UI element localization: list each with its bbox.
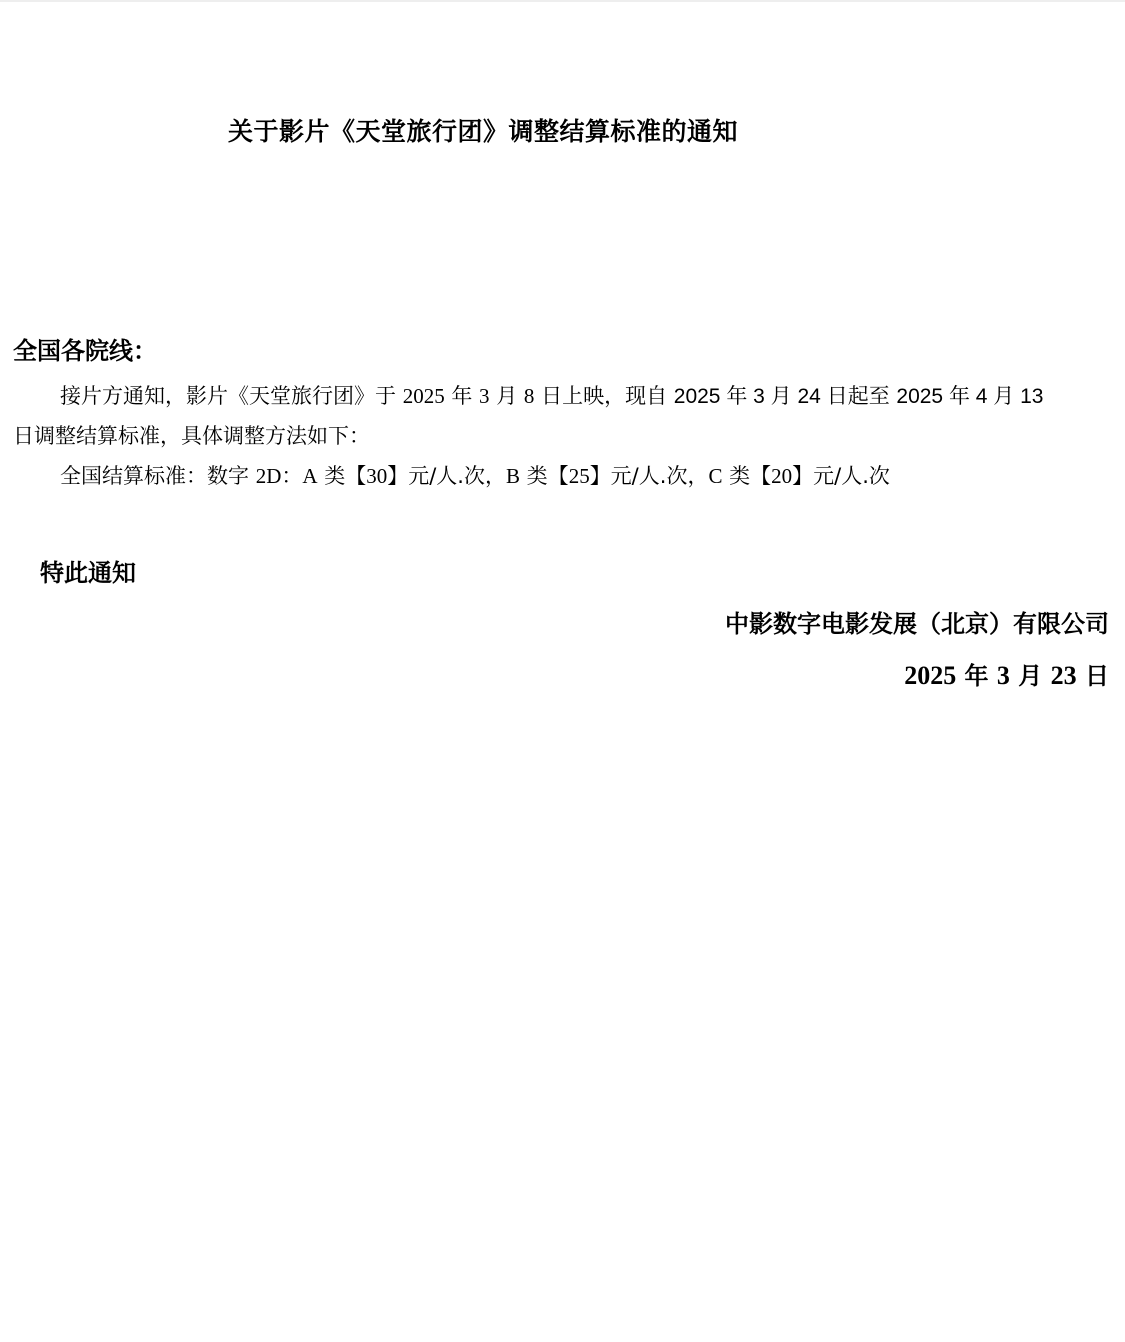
class-text: 类【 <box>722 464 771 488</box>
class-c-label: C <box>708 464 722 488</box>
salutation: 全国各院线： <box>13 334 157 368</box>
issue-month: 3 <box>997 661 1010 690</box>
paragraph-release-info-continued: 日调整结算标准，具体调整方法如下： <box>13 421 370 451</box>
date-text: 月 <box>1010 662 1051 690</box>
paragraph-text: 日上映，现自 <box>534 384 673 408</box>
date-text: 年 <box>956 662 997 690</box>
paragraph-text: 年 <box>445 384 479 408</box>
release-day: 8 <box>524 384 535 408</box>
issue-day: 23 <box>1051 661 1077 690</box>
page-top-border <box>0 0 1125 2</box>
adjustment-end-date: 2025 年 4 月 13 <box>896 385 1043 408</box>
colon: ： <box>281 464 302 488</box>
paragraph-release-info: 接片方通知，影片《天堂旅行团》于 2025 年 3 月 8 日上映，现自 202… <box>60 381 1043 412</box>
issuer-signature: 中影数字电影发展（北京）有限公司 <box>725 606 1109 642</box>
class-a-label: A <box>302 464 317 488</box>
date-text: 日 <box>1077 662 1109 690</box>
release-year: 2025 <box>403 384 445 408</box>
issue-date: 2025 年 3 月 23 日 <box>904 658 1109 694</box>
class-text: 类【 <box>520 464 569 488</box>
settlement-label: 全国结算标准：数字 <box>60 464 256 488</box>
price-unit: 】元/人.次， <box>590 464 709 488</box>
class-c-price: 20 <box>771 464 792 488</box>
paragraph-text: 月 <box>490 384 524 408</box>
price-unit: 】元/人.次， <box>387 464 506 488</box>
class-b-label: B <box>506 464 520 488</box>
paragraph-text: 接片方通知，影片《天堂旅行团》于 <box>60 384 403 408</box>
class-text: 类【 <box>318 464 367 488</box>
format-label: 2D <box>256 464 282 488</box>
paragraph-text: 起至 <box>848 384 897 408</box>
closing-remark: 特此通知 <box>40 556 136 590</box>
release-month: 3 <box>479 384 490 408</box>
document-title: 关于影片《天堂旅行团》调整结算标准的通知 <box>228 114 738 150</box>
adjustment-start-date: 2025 年 3 月 24 日 <box>674 385 848 408</box>
paragraph-settlement-standard: 全国结算标准：数字 2D：A 类【30】元/人.次，B 类【25】元/人.次，C… <box>60 461 890 491</box>
class-b-price: 25 <box>569 464 590 488</box>
price-unit: 】元/人.次 <box>792 464 890 488</box>
issue-year: 2025 <box>904 661 956 690</box>
class-a-price: 30 <box>366 464 387 488</box>
